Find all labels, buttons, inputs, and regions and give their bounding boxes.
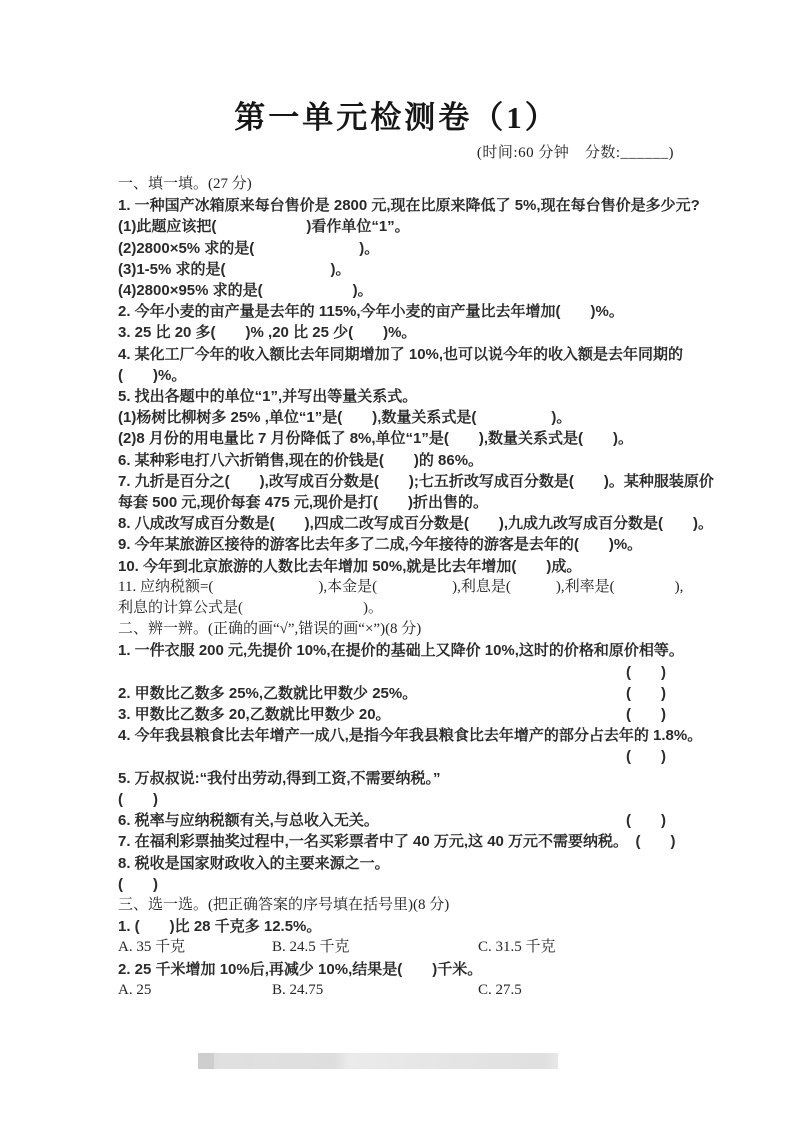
line-text: 每套 500 元,现价每套 475 元,现价是打( )折出售的。 xyxy=(118,494,488,511)
line-text: (4)2800×95% 求的是( )。 xyxy=(118,282,373,299)
text-line: (3)1-5% 求的是( )。 xyxy=(118,259,678,280)
line-text: 7. 九折是百分之( ),改写成百分数是( );七五折改写成百分数是( )。某种… xyxy=(118,473,714,490)
line-text: 8. 八成改写成百分数是( ),四成二改写成百分数是( ),九成九改写成百分数是… xyxy=(118,515,713,532)
text-line: 4. 某化工厂今年的收入额比去年同期增加了 10%,也可以说今年的收入额是去年同… xyxy=(118,344,678,365)
section-header-line: 一、填一填。(27 分) xyxy=(118,174,678,195)
answer-parentheses: ( ) xyxy=(626,810,678,831)
content: 一、填一填。(27 分)1. 一种国产冰箱原来每台售价是 2800 元,现在比原… xyxy=(118,174,678,1001)
line-text: 二、辨一辨。(正确的画“√”,错误的画“×”)(8 分) xyxy=(118,621,421,637)
choice-options-row: A. 35 千克B. 24.5 千克C. 31.5 千克 xyxy=(118,937,678,958)
text-line: 10. 今年到北京旅游的人数比去年增加 50%,就是比去年增加( )成。 xyxy=(118,556,678,577)
text-line: 2. 今年小麦的亩产量是去年的 115%,今年小麦的亩产量比去年增加( )%。 xyxy=(118,301,678,322)
text-line: (2)2800×5% 求的是( )。 xyxy=(118,238,678,259)
choice-option: A. 35 千克 xyxy=(118,937,272,958)
line-text: 10. 今年到北京旅游的人数比去年增加 50%,就是比去年增加( )成。 xyxy=(118,558,581,575)
choice-option: C. 31.5 千克 xyxy=(478,937,678,958)
text-line: (4)2800×95% 求的是( )。 xyxy=(118,280,678,301)
line-text: 一、填一填。(27 分) xyxy=(118,176,252,192)
text-line: (1)此题应该把( )看作单位“1”。 xyxy=(118,216,678,237)
section-header-line: 利息的计算公式是( )。 xyxy=(118,598,678,619)
page-title: 第一单元检测卷（1） xyxy=(0,92,793,137)
choice-option: B. 24.75 xyxy=(272,980,478,1001)
line-text: ( ) xyxy=(626,748,666,765)
text-line: 1. 一种国产冰箱原来每台售价是 2800 元,现在比原来降低了 5%,现在每台… xyxy=(118,195,678,216)
text-line: 7. 九折是百分之( ),改写成百分数是( );七五折改写成百分数是( )。某种… xyxy=(118,471,678,492)
line-text: 2. 25 千米增加 10%后,再减少 10%,结果是( )千米。 xyxy=(118,961,482,978)
line-text: ( )%。 xyxy=(118,367,186,384)
line-text: 2. 甲数比乙数多 25%,乙数就比甲数少 25%。 xyxy=(118,685,417,702)
choice-option: C. 27.5 xyxy=(478,980,678,1001)
line-text: 1. ( )比 28 千克多 12.5%。 xyxy=(118,918,321,935)
line-text: 1. 一种国产冰箱原来每台售价是 2800 元,现在比原来降低了 5%,现在每台… xyxy=(118,197,700,214)
text-line: 6. 某种彩电打八六折销售,现在的价钱是( )的 86%。 xyxy=(118,450,678,471)
line-text: (1)杨树比柳树多 25% ,单位“1”是( ),数量关系式是( )。 xyxy=(118,409,571,426)
text-line: 5. 万叔叔说:“我付出劳动,得到工资,不需要纳税。” xyxy=(118,768,678,789)
line-text: 9. 今年某旅游区接待的游客比去年多了二成,今年接待的游客是去年的( )%。 xyxy=(118,536,642,553)
text-line: 4. 今年我县粮食比去年增产一成八,是指今年我县粮食比去年增产的部分占去年的 1… xyxy=(118,725,678,746)
answer-parentheses: ( ) xyxy=(626,683,678,704)
text-line: ( ) xyxy=(118,662,678,683)
line-text: 6. 某种彩电打八六折销售,现在的价钱是( )的 86%。 xyxy=(118,452,483,469)
choice-option: B. 24.5 千克 xyxy=(272,937,478,958)
line-text: 1. 一件衣服 200 元,先提价 10%,在提价的基础上又降价 10%,这时的… xyxy=(118,642,684,659)
text-line: 8. 八成改写成百分数是( ),四成二改写成百分数是( ),九成九改写成百分数是… xyxy=(118,513,678,534)
text-line: 9. 今年某旅游区接待的游客比去年多了二成,今年接待的游客是去年的( )%。 xyxy=(118,534,678,555)
line-text: ( ) xyxy=(626,664,666,681)
text-line: 5. 找出各题中的单位“1”,并写出等量关系式。 xyxy=(118,386,678,407)
line-text: 4. 今年我县粮食比去年增产一成八,是指今年我县粮食比去年增产的部分占去年的 1… xyxy=(118,727,702,744)
text-line: ( ) xyxy=(118,874,678,895)
line-text: 6. 税率与应纳税额有关,与总收入无关。 xyxy=(118,812,379,829)
text-line: ( ) xyxy=(118,746,678,767)
text-line: ( )2. 甲数比乙数多 25%,乙数就比甲数少 25%。 xyxy=(118,683,678,704)
test-paper-page: 第一单元检测卷（1） (时间:60 分钟 分数:______) 一、填一填。(2… xyxy=(0,0,793,1122)
text-line: 2. 25 千米增加 10%后,再减少 10%,结果是( )千米。 xyxy=(118,959,678,980)
line-text: 3. 25 比 20 多( )% ,20 比 25 少( )%。 xyxy=(118,324,416,341)
line-text: ( ) xyxy=(118,876,158,893)
section-header-line: 三、选一选。(把正确答案的序号填在括号里)(8 分) xyxy=(118,895,678,916)
watermark xyxy=(198,1053,558,1069)
text-line: ( ) xyxy=(118,789,678,810)
section-header-line: 11. 应纳税额=( ),本金是( ),利息是( ),利率是( ), xyxy=(118,577,678,598)
line-text: 3. 甲数比乙数多 20,乙数就比甲数少 20。 xyxy=(118,706,391,723)
line-text: (2)2800×5% 求的是( )。 xyxy=(118,240,379,257)
line-text: 5. 找出各题中的单位“1”,并写出等量关系式。 xyxy=(118,388,417,405)
text-line: 每套 500 元,现价每套 475 元,现价是打( )折出售的。 xyxy=(118,492,678,513)
text-line: 1. ( )比 28 千克多 12.5%。 xyxy=(118,916,678,937)
line-text: (3)1-5% 求的是( )。 xyxy=(118,261,351,278)
answer-parentheses: ( ) xyxy=(626,704,678,725)
text-line: (2)8 月份的用电量比 7 月份降低了 8%,单位“1”是( ),数量关系式是… xyxy=(118,428,678,449)
line-text: 5. 万叔叔说:“我付出劳动,得到工资,不需要纳税。” xyxy=(118,770,441,787)
line-text: 8. 税收是国家财政收入的主要来源之一。 xyxy=(118,855,390,872)
section-header-line: 二、辨一辨。(正确的画“√”,错误的画“×”)(8 分) xyxy=(118,619,678,640)
text-line: 8. 税收是国家财政收入的主要来源之一。 xyxy=(118,853,678,874)
choice-option: A. 25 xyxy=(118,980,272,1001)
text-line: 3. 25 比 20 多( )% ,20 比 25 少( )%。 xyxy=(118,322,678,343)
time-score-line: (时间:60 分钟 分数:______) xyxy=(118,141,674,162)
text-line: ( )%。 xyxy=(118,365,678,386)
text-line: (1)杨树比柳树多 25% ,单位“1”是( ),数量关系式是( )。 xyxy=(118,407,678,428)
line-text: 7. 在福利彩票抽奖过程中,一名买彩票者中了 40 万元,这 40 万元不需要纳… xyxy=(118,833,676,850)
text-line: ( )6. 税率与应纳税额有关,与总收入无关。 xyxy=(118,810,678,831)
line-text: 11. 应纳税额=( ),本金是( ),利息是( ),利率是( ), xyxy=(118,579,683,595)
line-text: 2. 今年小麦的亩产量是去年的 115%,今年小麦的亩产量比去年增加( )%。 xyxy=(118,303,624,320)
choice-options-row: A. 25B. 24.75C. 27.5 xyxy=(118,980,678,1001)
line-text: 三、选一选。(把正确答案的序号填在括号里)(8 分) xyxy=(118,897,449,913)
line-text: ( ) xyxy=(118,791,158,808)
line-text: (2)8 月份的用电量比 7 月份降低了 8%,单位“1”是( ),数量关系式是… xyxy=(118,430,633,447)
text-line: 7. 在福利彩票抽奖过程中,一名买彩票者中了 40 万元,这 40 万元不需要纳… xyxy=(118,831,678,852)
line-text: 利息的计算公式是( )。 xyxy=(118,600,383,616)
text-line: ( )3. 甲数比乙数多 20,乙数就比甲数少 20。 xyxy=(118,704,678,725)
line-text: (1)此题应该把( )看作单位“1”。 xyxy=(118,218,410,235)
text-line: 1. 一件衣服 200 元,先提价 10%,在提价的基础上又降价 10%,这时的… xyxy=(118,640,678,661)
line-text: 4. 某化工厂今年的收入额比去年同期增加了 10%,也可以说今年的收入额是去年同… xyxy=(118,346,683,363)
